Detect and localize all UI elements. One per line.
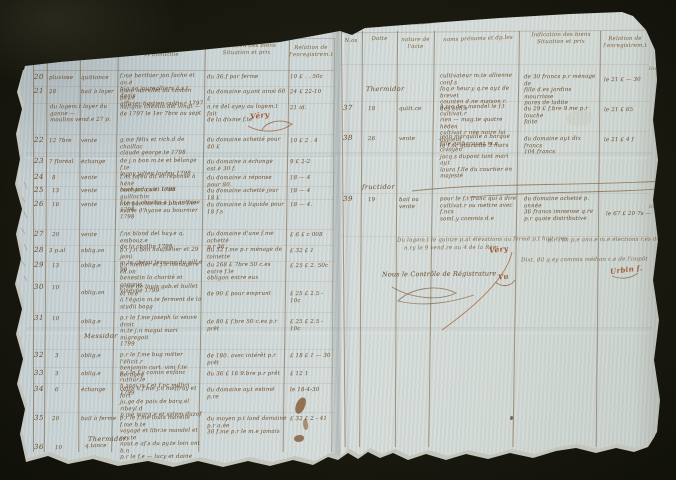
cell-no: 34 (34, 386, 44, 393)
cell-no: 23 (34, 158, 44, 165)
cell-relation: le 18-4-30 (290, 387, 334, 394)
cell-names: p.r le f.me louis marelle f.me b.te voya… (120, 415, 204, 461)
paraph-flourish (442, 252, 512, 330)
row-rule (33, 134, 334, 135)
cell-relation: £ 25 £ 2. 50c (290, 263, 334, 270)
cell-relation: 18 — 4. (290, 202, 334, 209)
header-relation: Relation de l'enregistrem.t (289, 45, 333, 58)
cell-biens: du domaine ay.t dix francs 104 francs (524, 136, 598, 156)
cell-relation: le 21 £ 4 f (604, 137, 652, 144)
header-no: N.os (341, 38, 361, 45)
closing-note: n.ry le 9 vend.re au 4 de la Rép. (404, 244, 534, 252)
cell-date: 8 (52, 175, 78, 182)
cell-biens: du 268 £ 7bre 50 c.es entre f.le obligon… (207, 262, 287, 282)
cell-relation: £ 25 £ 2.5 - 10c (290, 319, 334, 332)
cell-date: 6 (55, 387, 75, 394)
cell-no: 30 (34, 284, 44, 291)
sheet-number-note: Trois (342, 20, 402, 27)
cell-no: 24 (34, 174, 44, 181)
header-biens: Indication des biens Situation et prix (206, 43, 287, 57)
cell-relation: £ 12 1 (290, 371, 334, 378)
cell-biens: du 36.f par ferme (207, 74, 287, 81)
cell-relation: 24 £ 22-10 (290, 89, 334, 96)
cell-no: 35 (34, 415, 44, 422)
strike-flourish (412, 181, 670, 191)
corner-flourish (366, 22, 436, 28)
cell-nature: bail à ferme (81, 416, 117, 423)
cell-names: g.me félix et rich.d de chaillac claude … (120, 137, 204, 157)
cell-biens: du moyen p.t land domaine p.r a.ée 30 f.… (207, 416, 287, 436)
cell-no: 32 (34, 352, 44, 359)
row-rule (33, 38, 334, 39)
cell-nature: vente (81, 138, 117, 145)
cell-date: 13 (52, 263, 78, 270)
cell-biens: du domaine à réponse pour 80. (207, 175, 287, 189)
cell-relation: £ 18 £ 1 — 30 (290, 353, 334, 360)
cell-nature: q.tance (85, 443, 121, 450)
cell-biens: du 29 £ f.bre 9.me p.r louche faite (524, 106, 598, 126)
cell-nature: échange (81, 387, 117, 394)
cell-biens: du domaine à liquide pour 18 f.s (207, 202, 287, 216)
cell-date: 12 7bre (49, 138, 79, 145)
cell-nature: vente (81, 232, 117, 239)
inspector-paraph: Véry (489, 244, 509, 255)
cell-biens: du domaine ay.ant ainsi 60 £ (207, 89, 287, 103)
cell-date: pluviose (49, 75, 79, 82)
paper-sheet: Deux (0, 0, 676, 480)
column-rule (341, 31, 346, 447)
month-label: Messidor (84, 333, 118, 340)
month-label: Thermidor (88, 436, 127, 443)
cell-nature: bail à loyer (81, 89, 117, 96)
cell-biens: du 52 f.me p.r ménage de toinette (207, 247, 287, 261)
cell-no: 21 (34, 88, 44, 95)
cell-nature: vente (399, 136, 432, 143)
cell-date: 10 (55, 445, 75, 452)
cell-nature: oblig.e (81, 353, 117, 360)
registrar-note: Nous le Contrôle de Régistrature (382, 271, 492, 278)
cell-relation: le 67 £ 20 7s — (606, 211, 654, 218)
cell-names: marguerite luce blanc f.er marie d'hyane… (120, 201, 204, 221)
cell-nature: échange (81, 159, 117, 166)
cell-biens: de 180. avec intérêt p.r prêt (207, 353, 287, 367)
cell-date: 3 (55, 353, 75, 360)
cell-no: 26 (34, 201, 44, 208)
cell-no: 25 (34, 187, 44, 194)
sheet-number-note: Deux (30, 20, 90, 27)
cell-relation: le 21 £ — 30 (604, 77, 652, 84)
header-date: Datte (48, 50, 79, 57)
cell-relation: 18 — 4 (290, 188, 334, 195)
cell-names: p.me de louis gab.el bullet et m.é à l'é… (120, 284, 204, 311)
cell-date: 26 (368, 136, 394, 143)
cell-date: 13 (52, 188, 78, 195)
cell-no: 39 (343, 196, 353, 203)
signature-flourish (392, 287, 474, 304)
header-nature: nature de l'acte (81, 47, 117, 60)
cell-biens: n.re del ayey au logem.t fait de la dixm… (207, 104, 287, 124)
cell-no: 37 (343, 105, 353, 112)
cell-nature: vente (81, 188, 117, 195)
header-biens: Indication des biens Situation et prix (524, 32, 598, 46)
cell-biens: du domaine achetté p. année 36 francs im… (524, 196, 598, 223)
cell-biens: du domaine à échange est.é 30 f. (207, 159, 287, 173)
cell-biens: de 90 £ pour emprunt (207, 291, 287, 298)
cell-date: 20 (52, 416, 78, 423)
cell-no: 22 (34, 137, 44, 144)
cell-no: 27 (34, 231, 44, 238)
cell-no: 33 (34, 370, 44, 377)
cell-no: 38 (343, 135, 353, 142)
margin-note: Dix.e (649, 205, 661, 212)
cell-date: 28 (49, 89, 79, 96)
cell-date: 19 (368, 197, 394, 204)
cell-nature: oblig.e (81, 319, 117, 326)
cell-biens: du 36 £ 16 9.bre p.r prêt (207, 371, 287, 378)
row-rule (341, 64, 649, 65)
cell-no: 20 (34, 74, 44, 81)
row-rule (33, 312, 334, 313)
cell-nature: oblig.on (81, 248, 117, 255)
cell-date: 18 (368, 106, 394, 113)
margin-scribbles (21, 182, 27, 281)
cell-biens: du domaine ay.t estimé p.re (207, 387, 287, 401)
closing-note: Du logem.t le quinze p.al élévations au … (397, 236, 552, 244)
header-no: N.os (33, 50, 47, 57)
inspector-paraph: Vu (497, 271, 509, 281)
cell-nature: vente (81, 202, 117, 209)
row-rule (341, 193, 649, 194)
cell-biens: de 80 £ f.bre 50 c.es p.r prêt (207, 319, 287, 333)
cell-names: pour le f.t franc qui à dire cultivat.r … (440, 196, 518, 223)
cell-names: p.r le f.me joseph la veuve droit m.te j… (120, 315, 204, 348)
cell-relation: 10 £ . . 50c (290, 74, 334, 81)
month-label: fructidor (362, 184, 395, 191)
corner-flourish (60, 26, 250, 28)
cell-no: 36 (34, 444, 44, 451)
row-rule (341, 30, 653, 34)
closing-note: p.r l'an p.e ann.e m.e élections r.es de… (548, 236, 673, 244)
cell-nature: vente (81, 175, 117, 182)
cell-date: 20 (52, 232, 78, 239)
header-names: noms, prénoms et domicille (119, 45, 204, 59)
manuscript-photo: Deux (0, 0, 676, 480)
closing-note: Dixt. dil q.ey commis médian c.e de l'im… (521, 256, 646, 264)
rust-stain (294, 435, 304, 442)
cell-date: 10 (52, 285, 78, 292)
column-rule (359, 31, 363, 447)
corner-flourish (44, 27, 78, 30)
cell-no: 31 (34, 315, 44, 322)
cell-date: 7 floréal (49, 159, 79, 166)
cell-relation: 10 £ 2 . 4 (290, 138, 334, 145)
cell-relation: £ 25 £ 2.5 - 10c (290, 291, 334, 304)
header-relation: Relation de l'enregistrem.t (603, 36, 647, 49)
cell-nature: bail ou vente (399, 197, 433, 210)
cell-date: 16 (52, 202, 78, 209)
cell-no: 29 (34, 262, 44, 269)
cell-biens: du domaine achetté pour 40 £ (207, 137, 287, 151)
cell-relation: 21 id. (290, 105, 334, 112)
header-date: Datte (363, 36, 396, 43)
cell-nature: oblig.e (81, 371, 117, 378)
cell-nature: oblig.on (81, 290, 117, 297)
cell-biens: du domaine achetté jour 18 £ (207, 188, 287, 202)
cell-date: du logem.t loyer du ganne — moulins vend… (50, 104, 116, 124)
cell-date: 3 p.al (49, 248, 79, 255)
cell-names: nafigne chemin del vingt — de 1797 le 1e… (120, 104, 204, 118)
margin-note: Dix.e (649, 67, 661, 74)
cell-relation: 9 £ 2-2 (290, 159, 334, 166)
cell-nature: quitt.ce (399, 106, 432, 113)
cell-relation: £ 6 £ c 008 (290, 232, 334, 239)
cell-relation: £ 32 £ 1 (290, 248, 334, 255)
inspector-paraph: Urbin f. (610, 263, 643, 276)
cell-date: 10 (52, 316, 78, 323)
cell-relation: le 21 £ 65 (604, 107, 652, 114)
cell-date: 3 (55, 371, 75, 378)
row-rule (33, 349, 334, 350)
cell-nature: quittance (81, 75, 117, 82)
cell-relation: £ 32 £ 2 - 41 (290, 416, 334, 423)
month-label: Thermidor (366, 86, 405, 93)
cell-nature: oblig.e (81, 263, 117, 270)
header-names: noms prénoms et dp.les (438, 35, 518, 44)
cell-relation: 18 — 4 (290, 175, 334, 182)
cell-no: 28 (34, 247, 44, 254)
cell-biens: de 30 francs p.r ménage de fille d.es ja… (524, 74, 598, 107)
cell-names: jean marquille à barque fille embarquez … (440, 134, 518, 180)
header-nature: nature de l'acte (398, 37, 433, 50)
edge-shading (634, 8, 662, 452)
